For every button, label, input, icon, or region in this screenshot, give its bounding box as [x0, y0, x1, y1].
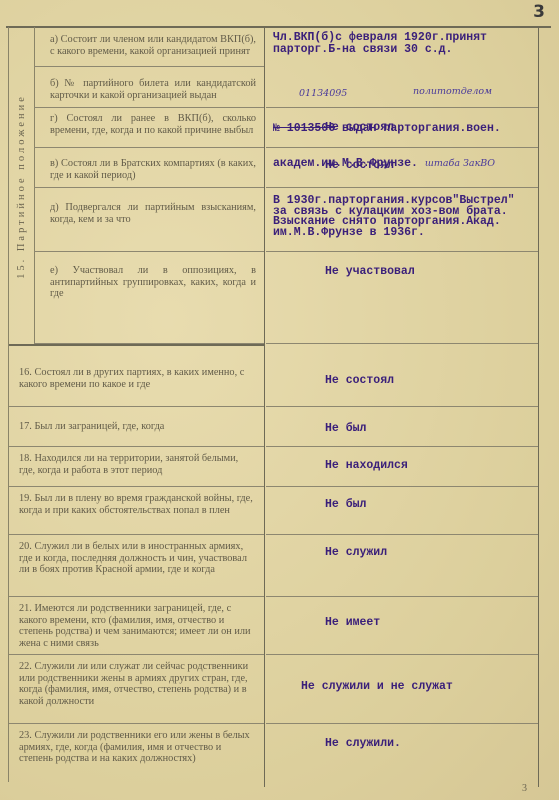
answer-text: 01134095 политотделом № 1013506 выдан па… [265, 67, 539, 108]
section15-row-e: е) Участвовал ли в оппозициях, в антипар… [34, 252, 539, 344]
answer-text: Не был [265, 487, 539, 535]
answer-text: Не участвовал [265, 252, 539, 344]
answer-text: Не служили. [265, 724, 539, 782]
section15-row-g: г) Состоял ли ранее в ВКП(б), сколько вр… [34, 108, 539, 148]
question-row-21: 21. Имеются ли родственники заграницей, … [9, 597, 539, 655]
answer-text: Не находился [265, 447, 539, 487]
question-text: 20. Служил ли в белых или в иностранных … [9, 535, 264, 597]
question-text: 21. Имеются ли родственники заграницей, … [9, 597, 264, 655]
section15-vertical-label: 15. Партийное положение [8, 27, 34, 345]
section15-label-text: 15. Партийное положение [16, 94, 27, 279]
question-row-22: 22. Служили ли или служат ли сейчас родс… [9, 655, 539, 724]
question-row-18: 18. Находился ли на территории, занятой … [9, 447, 539, 487]
question-text: а) Состоит ли членом или кандидатом ВКП(… [34, 28, 264, 67]
answer-text: Не состоял [265, 355, 539, 407]
question-row-17: 17. Был ли заграницей, где, когда Не был [9, 407, 539, 447]
section15-bottom-rule [9, 344, 265, 346]
question-row-20: 20. Служил ли в белых или в иностранных … [9, 535, 539, 597]
page-number-top: 3 [533, 2, 545, 22]
section15-row-v: в) Состоял ли в Братских компартиях (в к… [34, 148, 539, 188]
answer-text: Не был [265, 407, 539, 447]
answer-text: В 1930г.парторгания.курсов"Выстрел" за с… [265, 188, 539, 252]
question-text: е) Участвовал ли в оппозициях, в антипар… [34, 252, 264, 344]
answer-text: Не служили и не служат [265, 655, 539, 724]
question-row-19: 19. Был ли в плену во время гражданской … [9, 487, 539, 535]
question-text: 23. Служили ли родственники его или жены… [9, 724, 264, 782]
question-text: в) Состоял ли в Братских компартиях (в к… [34, 148, 264, 188]
answer-text: Чл.ВКП(б)с февраля 1920г.принят парторг.… [265, 28, 539, 67]
row-divider [266, 343, 538, 344]
answer-text: Не состоял [265, 148, 539, 188]
question-text: б) № партийного билета или кандидатской … [34, 67, 264, 108]
question-text: 22. Служили ли или служат ли сейчас родс… [9, 655, 264, 724]
section15-row-a: а) Состоит ли членом или кандидатом ВКП(… [34, 28, 539, 67]
question-text: 17. Был ли заграницей, где, когда [9, 407, 264, 447]
answer-text: Не служил [265, 535, 539, 597]
section15-row-b: б) № партийного билета или кандидатской … [34, 67, 539, 108]
section15-row-d: д) Подвергался ли партийным взысканиям, … [34, 188, 539, 252]
question-row-16: 16. Состоял ли в других партиях, в каких… [9, 355, 539, 407]
question-text: 19. Был ли в плену во время гражданской … [9, 487, 264, 535]
handwritten-number: 01134095 [299, 88, 347, 100]
answer-text: Не состоял [265, 108, 539, 148]
question-text: г) Состоял ли ранее в ВКП(б), сколько вр… [34, 108, 264, 148]
question-text: д) Подвергался ли партийным взысканиям, … [34, 188, 264, 252]
question-text: 18. Находился ли на территории, занятой … [9, 447, 264, 487]
page-number-bottom: 3 [522, 783, 527, 794]
answer-text: Не имеет [265, 597, 539, 655]
question-text: 16. Состоял ли в других партиях, в каких… [9, 355, 264, 407]
question-row-23: 23. Служили ли родственники его или жены… [9, 724, 539, 782]
handwritten-insert: политотделом [413, 86, 492, 98]
